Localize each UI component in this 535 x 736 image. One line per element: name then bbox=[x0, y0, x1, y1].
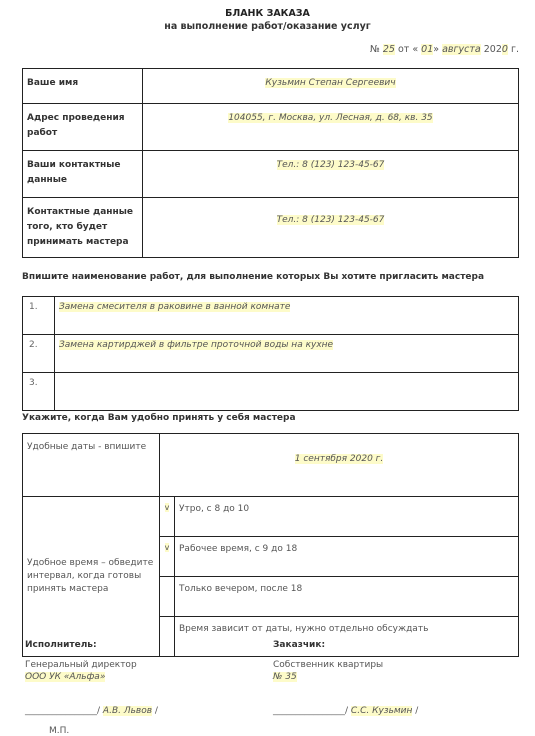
info-value-cell[interactable]: Кузьмин Степан Сергеевич bbox=[143, 69, 519, 104]
from-label: от « bbox=[398, 44, 418, 55]
info-value-cell[interactable]: Тел.: 8 (123) 123-45-67 bbox=[143, 198, 519, 258]
works-heading: Впишите наименование работ, для выполнен… bbox=[22, 272, 484, 282]
check-mark-icon: v bbox=[165, 503, 170, 512]
work-text: Замена смесителя в раковине в ванной ком… bbox=[59, 302, 290, 312]
year-last-digit[interactable]: 0 bbox=[502, 44, 508, 55]
dates-row: Удобные даты - впишите 1 сентября 2020 г… bbox=[23, 434, 519, 497]
signature-blank: ________________/ bbox=[273, 706, 348, 716]
work-cell[interactable]: Замена смесителя в раковине в ванной ком… bbox=[55, 297, 519, 335]
info-row-receiver-contacts: Контактные данные того, кто будет приним… bbox=[23, 198, 519, 258]
option-check-cell[interactable] bbox=[160, 577, 175, 617]
address-value: 104055, г. Москва, ул. Лесная, д. 68, кв… bbox=[228, 113, 432, 123]
info-label: Ваше имя bbox=[23, 69, 143, 104]
year-suffix: г. bbox=[511, 44, 519, 55]
stamp-label: М.П. bbox=[49, 726, 69, 736]
info-label: Контактные данные того, кто будет приним… bbox=[23, 198, 143, 258]
order-number[interactable]: 25 bbox=[383, 44, 395, 55]
work-row: 2. Замена картирджей в фильтре проточной… bbox=[23, 335, 519, 373]
executor-position: Генеральный директор bbox=[25, 660, 137, 670]
name-value: Кузьмин Степан Сергеевич bbox=[265, 78, 395, 88]
option-text[interactable]: Рабочее время, с 9 до 18 bbox=[175, 537, 519, 577]
option-text[interactable]: Время зависит от даты, нужно отдельно об… bbox=[175, 617, 519, 657]
option-check-cell[interactable] bbox=[160, 617, 175, 657]
work-text: Замена картирджей в фильтре проточной во… bbox=[59, 340, 333, 350]
number-prefix: № bbox=[370, 44, 380, 55]
info-value-cell[interactable]: 104055, г. Москва, ул. Лесная, д. 68, кв… bbox=[143, 104, 519, 151]
work-row: 3. bbox=[23, 373, 519, 411]
customer-position: Собственник квартиры bbox=[273, 660, 383, 670]
work-row: 1. Замена смесителя в раковине в ванной … bbox=[23, 297, 519, 335]
executor-heading: Исполнитель: bbox=[25, 640, 97, 650]
order-number-line: № 25 от « 01» августа 2020 г. bbox=[370, 44, 519, 55]
info-value-cell[interactable]: Тел.: 8 (123) 123-45-67 bbox=[143, 151, 519, 198]
customer-name: С.С. Кузьмин bbox=[351, 706, 412, 716]
check-mark-icon: v bbox=[165, 543, 170, 552]
order-day[interactable]: 01 bbox=[421, 44, 433, 55]
form-title: БЛАНК ЗАКАЗА bbox=[0, 8, 535, 19]
customer-signature-line[interactable]: ________________/ С.С. Кузьмин / bbox=[273, 706, 418, 716]
customer-heading: Заказчик: bbox=[273, 640, 325, 650]
customer-info-table: Ваше имя Кузьмин Степан Сергеевич Адрес … bbox=[22, 68, 519, 258]
work-cell[interactable]: Замена картирджей в фильтре проточной во… bbox=[55, 335, 519, 373]
time-option-row: Удобное время – обведите интервал, когда… bbox=[23, 497, 519, 537]
signature-blank: ________________/ bbox=[25, 706, 100, 716]
customer-org: № 35 bbox=[273, 672, 297, 682]
time-label: Удобное время – обведите интервал, когда… bbox=[23, 497, 160, 657]
work-cell[interactable] bbox=[55, 373, 519, 411]
form-subtitle: на выполнение работ/оказание услуг bbox=[0, 21, 535, 32]
time-heading: Укажите, когда Вам удобно принять у себя… bbox=[22, 413, 296, 423]
info-row-address: Адрес проведения работ 104055, г. Москва… bbox=[23, 104, 519, 151]
day-close: » bbox=[433, 44, 439, 55]
option-check-cell[interactable]: v bbox=[160, 537, 175, 577]
work-number: 2. bbox=[23, 335, 55, 373]
works-table: 1. Замена смесителя в раковине в ванной … bbox=[22, 296, 519, 411]
order-month[interactable]: августа bbox=[442, 44, 481, 55]
dates-label: Удобные даты - впишите bbox=[23, 434, 160, 497]
info-label: Адрес проведения работ bbox=[23, 104, 143, 151]
dates-value: 1 сентября 2020 г. bbox=[295, 454, 384, 464]
dates-value-cell[interactable]: 1 сентября 2020 г. bbox=[160, 434, 519, 497]
signature-close: / bbox=[155, 706, 158, 716]
executor-name: А.В. Львов bbox=[103, 706, 152, 716]
option-text[interactable]: Утро, с 8 до 10 bbox=[175, 497, 519, 537]
time-table: Удобные даты - впишите 1 сентября 2020 г… bbox=[22, 433, 519, 657]
option-check-cell[interactable]: v bbox=[160, 497, 175, 537]
executor-org: ООО УК «Альфа» bbox=[25, 672, 105, 682]
year-prefix: 202 bbox=[484, 44, 502, 55]
contacts-value: Тел.: 8 (123) 123-45-67 bbox=[277, 160, 385, 170]
info-row-name: Ваше имя Кузьмин Степан Сергеевич bbox=[23, 69, 519, 104]
option-text[interactable]: Только вечером, после 18 bbox=[175, 577, 519, 617]
executor-signature-line[interactable]: ________________/ А.В. Львов / bbox=[25, 706, 158, 716]
info-row-contacts: Ваши контактные данные Тел.: 8 (123) 123… bbox=[23, 151, 519, 198]
receiver-contacts-value: Тел.: 8 (123) 123-45-67 bbox=[277, 215, 385, 225]
info-label: Ваши контактные данные bbox=[23, 151, 143, 198]
signature-close: / bbox=[415, 706, 418, 716]
work-number: 3. bbox=[23, 373, 55, 411]
work-number: 1. bbox=[23, 297, 55, 335]
